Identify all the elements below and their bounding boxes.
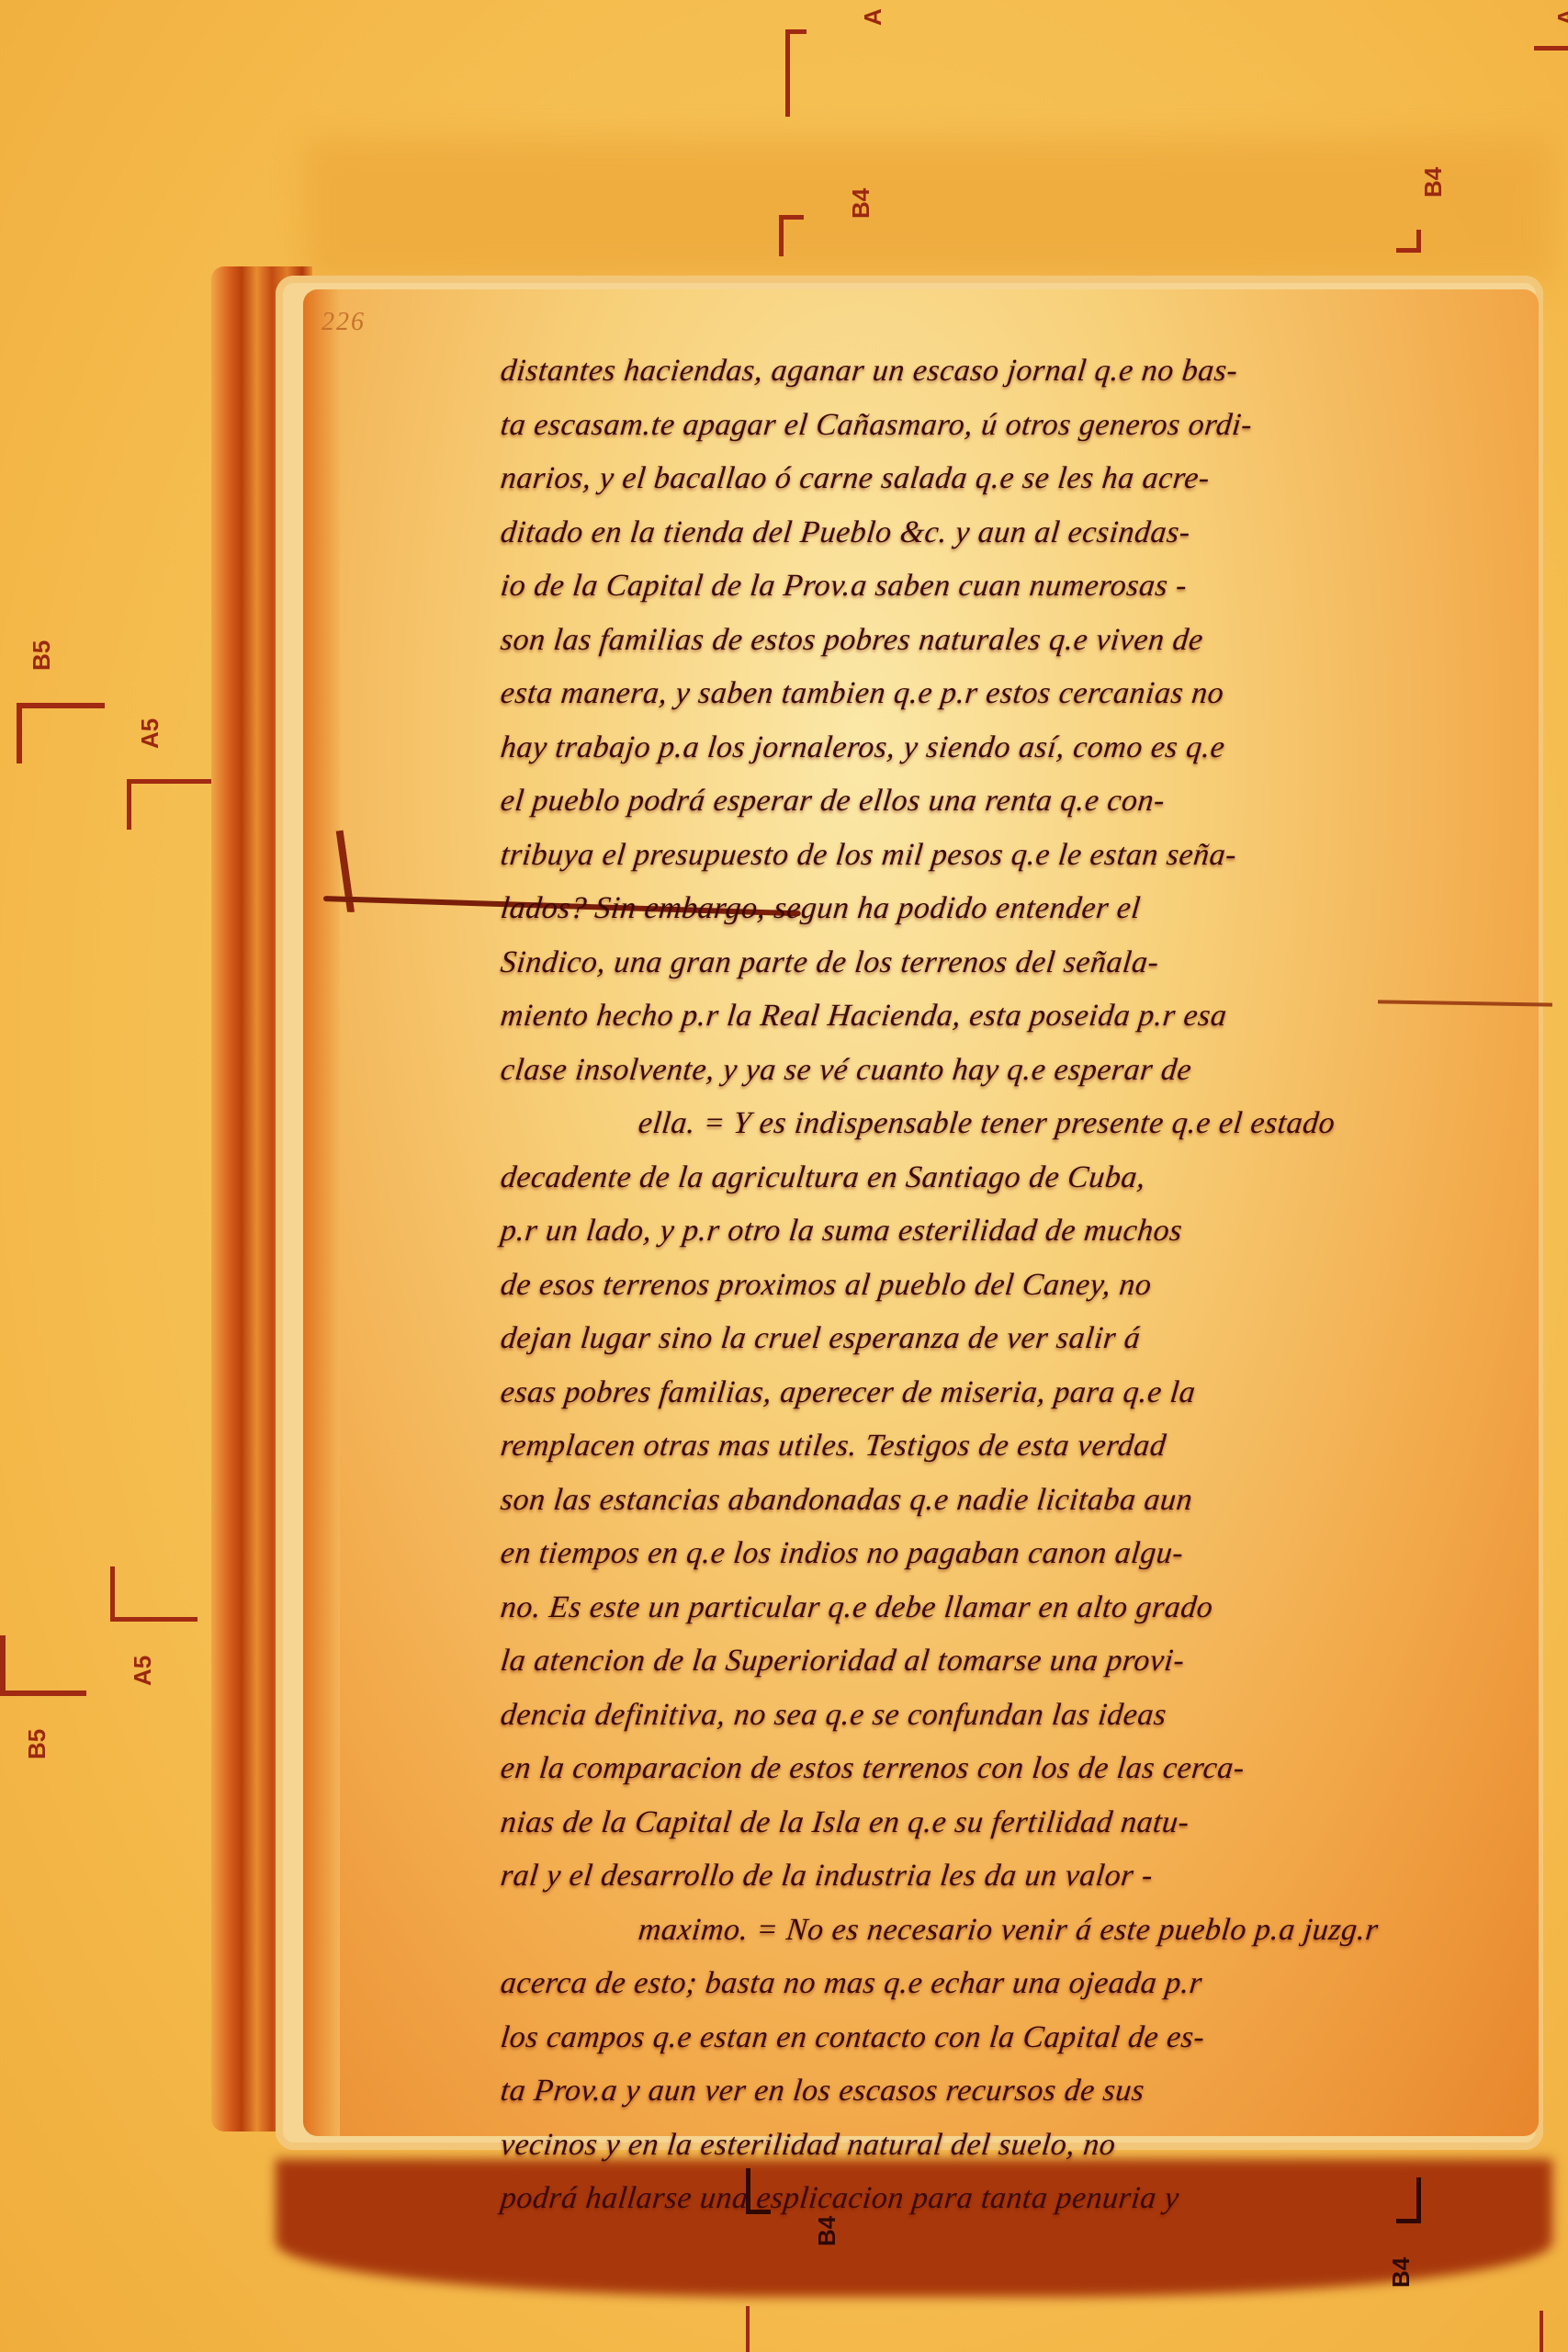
text-line: ta Prov.a y aun ver en los escasos recur… xyxy=(498,2064,1348,2119)
text-line: acerca de esto; basta no mas q.e echar u… xyxy=(498,1957,1348,2011)
text-line: vecinos y en la esterilidad natural del … xyxy=(498,2119,1348,2173)
text-line: podrá hallarse una esplicacion para tant… xyxy=(498,2172,1348,2226)
text-line: ella. = Y es indispensable tener present… xyxy=(498,1097,1348,1151)
text-line: p.r un lado, y p.r otro la suma esterili… xyxy=(498,1204,1348,1259)
folio-number: 226 xyxy=(321,308,366,337)
crop-label-top-b4-left: B4 xyxy=(847,188,875,219)
text-line: de esos terrenos proximos al pueblo del … xyxy=(498,1259,1348,1313)
text-line: dejan lugar sino la cruel esperanza de v… xyxy=(498,1312,1348,1366)
text-line: remplacen otras mas utiles. Testigos de … xyxy=(498,1419,1348,1474)
text-line: son las familias de estos pobres natural… xyxy=(498,614,1348,668)
text-line: io de la Capital de la Prov.a saben cuan… xyxy=(498,560,1348,614)
crop-label-left-b5-bottom: B5 xyxy=(23,1729,51,1759)
text-line: clase insolvente, y ya se vé cuanto hay … xyxy=(498,1044,1348,1098)
text-line: ta escasam.te apagar el Cañasmaro, ú otr… xyxy=(498,399,1348,453)
crop-mark-top-b4-left xyxy=(779,215,804,256)
text-line: los campos q.e estan en contacto con la … xyxy=(498,2011,1348,2065)
text-line: tribuya el presupuesto de los mil pesos … xyxy=(498,829,1348,883)
crop-mark-top-b4-right xyxy=(1396,230,1421,253)
crop-label-left-a5-top: A5 xyxy=(136,718,164,749)
crop-mark-bottom-b4-right xyxy=(1396,2177,1421,2223)
text-line: narios, y el bacallao ó carne salada q.e… xyxy=(498,452,1348,506)
text-line: lados? Sin embargo, segun ha podido ente… xyxy=(498,882,1348,936)
text-line: ditado en la tienda del Pueblo &c. y aun… xyxy=(498,506,1348,560)
text-line: esta manera, y saben tambien q.e p.r est… xyxy=(498,667,1348,721)
crop-label-bottom-b4-right: B4 xyxy=(1387,2257,1416,2288)
text-line: Sindico, una gran parte de los terrenos … xyxy=(498,936,1348,990)
text-line: esas pobres familias, aperecer de miseri… xyxy=(498,1366,1348,1420)
text-line: dencia definitiva, no sea q.e se confund… xyxy=(498,1689,1348,1743)
crop-mark-left-b5-top xyxy=(17,703,105,763)
crop-label-bottom-b4-left: B4 xyxy=(813,2216,841,2246)
crop-tick-bottom-right xyxy=(1540,2311,1543,2352)
crop-mark-bottom-b4-left xyxy=(746,2168,771,2214)
crop-mark-left-b5-bottom xyxy=(0,1635,86,1696)
page-inner-margin xyxy=(303,289,340,2136)
crop-mark-left-a5-bottom xyxy=(110,1566,197,1622)
text-line: son las estancias abandonadas q.e nadie … xyxy=(498,1474,1348,1528)
crop-label-left-a5-bottom: A5 xyxy=(129,1656,157,1686)
text-line: no. Es este un particular q.e debe llama… xyxy=(498,1581,1348,1635)
text-line: en tiempos en q.e los indios no pagaban … xyxy=(498,1527,1348,1581)
text-line: distantes haciendas, aganar un escaso jo… xyxy=(498,345,1348,399)
text-line: la atencion de la Superioridad al tomars… xyxy=(498,1634,1348,1689)
text-line: ral y el desarrollo de la industria les … xyxy=(498,1849,1348,1904)
crop-label-top-a-right: A xyxy=(1552,8,1568,26)
text-line: el pueblo podrá esperar de ellos una ren… xyxy=(498,775,1348,829)
text-line: decadente de la agricultura en Santiago … xyxy=(498,1151,1348,1205)
crop-tick-bottom-left xyxy=(746,2306,750,2352)
text-line: en la comparacion de estos terrenos con … xyxy=(498,1742,1348,1796)
text-line: miento hecho p.r la Real Hacienda, esta … xyxy=(498,989,1348,1044)
text-line: nias de la Capital de la Isla en q.e su … xyxy=(498,1796,1348,1850)
text-line: hay trabajo p.a los jornaleros, y siendo… xyxy=(498,721,1348,775)
crop-label-left-b5-top: B5 xyxy=(28,640,56,671)
manuscript-text: distantes haciendas, aganar un escaso jo… xyxy=(501,345,1346,2226)
top-shadow xyxy=(303,138,1552,285)
crop-mark-left-a5-top xyxy=(127,779,214,830)
crop-label-top-a: A xyxy=(859,8,887,26)
crop-label-top-b4-right: B4 xyxy=(1419,167,1448,198)
crop-mark-top-a xyxy=(785,29,807,117)
text-line: maximo. = No es necesario venir á este p… xyxy=(498,1904,1348,1958)
crop-mark-top-a-right xyxy=(1534,46,1568,56)
